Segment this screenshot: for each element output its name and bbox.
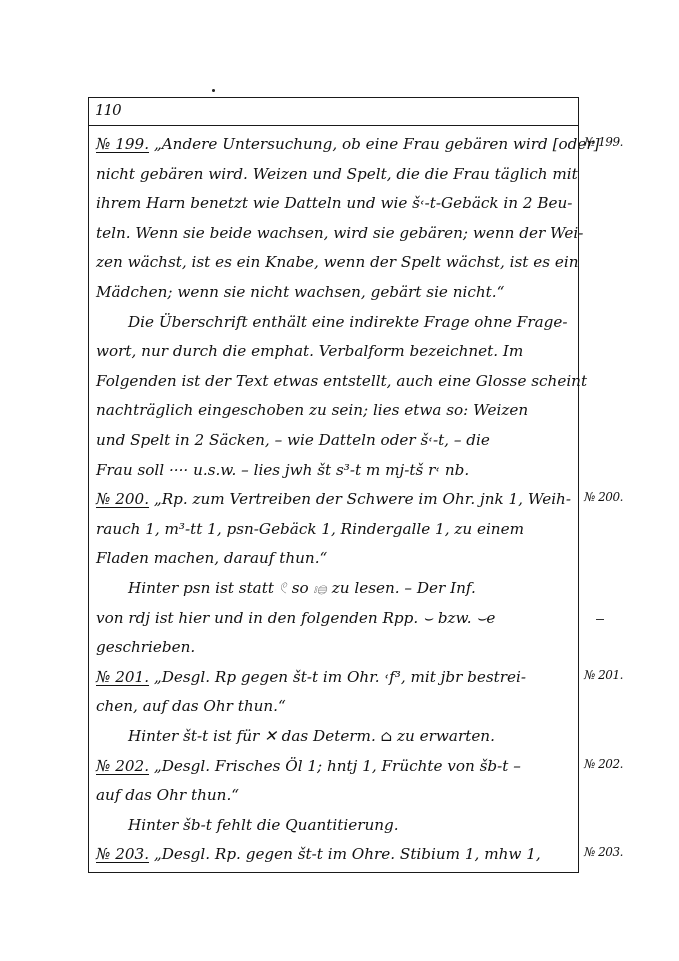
text-line: Folgenden ist der Text etwas entstellt, … [96, 367, 587, 395]
line-text: Folgenden ist der Text etwas entstellt, … [96, 372, 587, 390]
manuscript-page-frame: 110 № 199. „Andere Untersuchung, ob eine… [88, 97, 579, 873]
entry-number: № 199. [96, 135, 149, 153]
text-line: nachträglich eingeschoben zu sein; lies … [96, 396, 528, 424]
text-line: Hinter šb-t fehlt die Quantitierung. [96, 811, 399, 839]
line-text: teln. Wenn sie beide wachsen, wird sie g… [96, 224, 583, 242]
margin-dash-mark [596, 619, 604, 620]
entry-number: № 200. [96, 490, 149, 508]
text-line: zen wächst, ist es ein Knabe, wenn der S… [96, 248, 578, 276]
text-line: von rdj ist hier und in den folgenden Rp… [96, 604, 495, 632]
margin-entry-number: № 201. [584, 668, 623, 682]
text-line: teln. Wenn sie beide wachsen, wird sie g… [96, 219, 583, 247]
line-text: Mädchen; wenn sie nicht wachsen, gebärt … [96, 283, 504, 301]
text-line: wort, nur durch die emphat. Verbalform b… [96, 337, 523, 365]
margin-entry-number: № 203. [584, 845, 623, 859]
entry-heading-line: № 201. „Desgl. Rp gegen št-t im Ohr. ˓f³… [96, 663, 526, 691]
line-text: chen, auf das Ohr thun.“ [96, 697, 286, 715]
text-line: auf das Ohr thun.“ [96, 781, 239, 809]
margin-entry-number: № 200. [584, 490, 623, 504]
margin-annotations: № 199.№ 200.№ 201.№ 202.№ 203. [584, 0, 679, 961]
line-text: rauch 1, m³-tt 1, psn-Gebäck 1, Rinderga… [96, 520, 524, 538]
line-text: ihrem Harn benetzt wie Datteln und wie š… [96, 194, 572, 212]
text-line: Fladen machen, darauf thun.“ [96, 544, 327, 572]
text-line: Hinter psn ist statt 𓏲 so 𓏤𓐍 zu lesen. –… [96, 574, 476, 602]
paper-speck [212, 89, 215, 92]
margin-entry-number: № 202. [584, 757, 623, 771]
entry-number: № 203. [96, 845, 149, 863]
entry-heading-line: № 202. „Desgl. Frisches Öl 1; hntj 1, Fr… [96, 752, 521, 780]
page-header: 110 [89, 98, 578, 126]
line-text: Hinter psn ist statt 𓏲 so 𓏤𓐍 zu lesen. –… [128, 579, 476, 597]
line-text: geschrieben. [96, 638, 195, 656]
entry-heading-line: № 203. „Desgl. Rp. gegen št-t im Ohre. S… [96, 840, 541, 868]
line-text: und Spelt in 2 Säcken, – wie Datteln ode… [96, 431, 490, 449]
line-text: Frau soll ···· u.s.w. – lies jwh št s³-t… [96, 461, 469, 479]
line-text: von rdj ist hier und in den folgenden Rp… [96, 609, 495, 627]
text-line: Hinter št-t ist für ✕ das Determ. ⌂ zu e… [96, 722, 495, 750]
line-text: wort, nur durch die emphat. Verbalform b… [96, 342, 523, 360]
text-line: Die Überschrift enthält eine indirekte F… [96, 308, 568, 336]
line-text: Die Überschrift enthält eine indirekte F… [128, 313, 568, 331]
line-text: auf das Ohr thun.“ [96, 786, 239, 804]
entry-heading-line: № 199. „Andere Untersuchung, ob eine Fra… [96, 130, 600, 158]
entry-number: № 202. [96, 757, 149, 775]
text-line: ihrem Harn benetzt wie Datteln und wie š… [96, 189, 572, 217]
page-number: 110 [95, 101, 121, 119]
text-line: und Spelt in 2 Säcken, – wie Datteln ode… [96, 426, 490, 454]
margin-entry-number: № 199. [584, 135, 623, 149]
line-text: nachträglich eingeschoben zu sein; lies … [96, 401, 528, 419]
line-text: „Andere Untersuchung, ob eine Frau gebär… [149, 135, 600, 153]
text-line: chen, auf das Ohr thun.“ [96, 692, 286, 720]
line-text: nicht gebären wird. Weizen und Spelt, di… [96, 165, 578, 183]
text-line: Mädchen; wenn sie nicht wachsen, gebärt … [96, 278, 504, 306]
line-text: „Desgl. Frisches Öl 1; hntj 1, Früchte v… [149, 757, 521, 775]
line-text: „Rp. zum Vertreiben der Schwere im Ohr. … [149, 490, 571, 508]
entry-number: № 201. [96, 668, 149, 686]
entry-heading-line: № 200. „Rp. zum Vertreiben der Schwere i… [96, 485, 571, 513]
line-text: Fladen machen, darauf thun.“ [96, 549, 327, 567]
text-line: nicht gebären wird. Weizen und Spelt, di… [96, 160, 578, 188]
line-text: „Desgl. Rp. gegen št-t im Ohre. Stibium … [149, 845, 541, 863]
line-text: „Desgl. Rp gegen št-t im Ohr. ˓f³, mit j… [149, 668, 526, 686]
line-text: zen wächst, ist es ein Knabe, wenn der S… [96, 253, 578, 271]
line-text: Hinter šb-t fehlt die Quantitierung. [128, 816, 399, 834]
line-text: Hinter št-t ist für ✕ das Determ. ⌂ zu e… [128, 727, 495, 745]
text-line: geschrieben. [96, 633, 195, 661]
text-line: Frau soll ···· u.s.w. – lies jwh št s³-t… [96, 456, 469, 484]
text-line: rauch 1, m³-tt 1, psn-Gebäck 1, Rinderga… [96, 515, 524, 543]
